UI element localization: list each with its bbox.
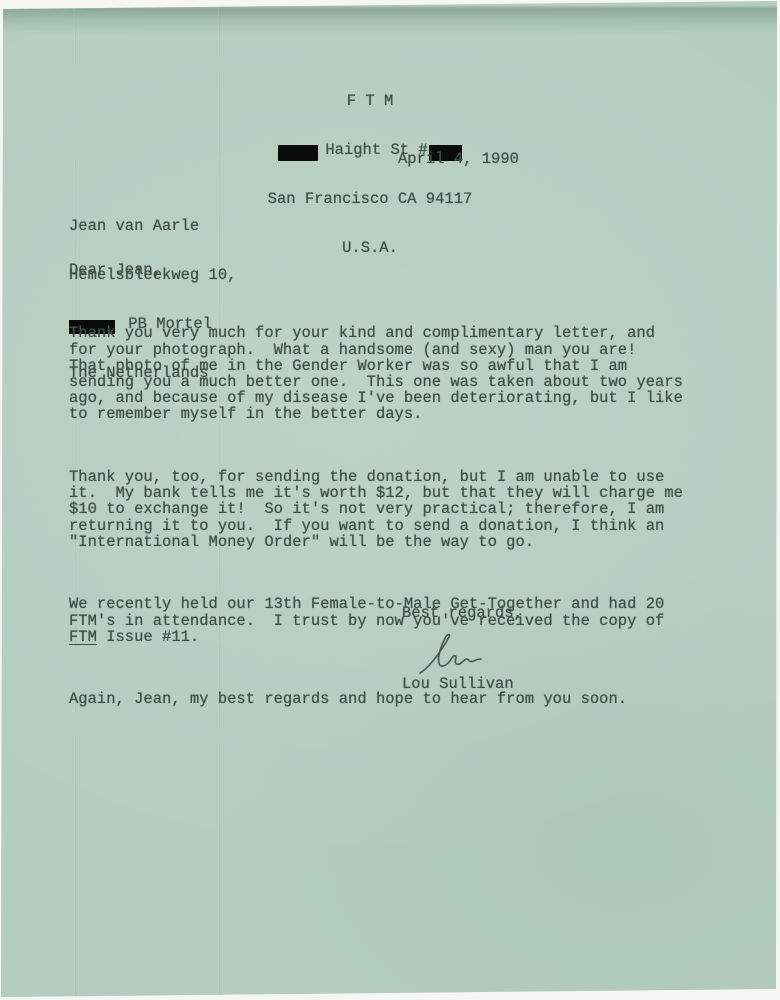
paragraph-1: Thank you very much for your kind and co… [69,325,709,422]
paragraph-3: We recently held our 13th Female-to-Male… [69,596,709,645]
scanned-letter-page: F T M Haight St # San Francisco CA 94117… [0,0,780,1000]
signature-typed-name: Lou Sullivan [402,676,514,692]
paper-top-shadow [0,7,780,33]
sender-country: U.S.A. [245,240,495,256]
sender-city-line: San Francisco CA 94117 [245,191,495,207]
letter-paper: F T M Haight St # San Francisco CA 94117… [0,0,780,1000]
paragraph-4: Again, Jean, my best regards and hope to… [69,691,709,707]
paragraph-3-rest: Issue #11. [97,628,199,646]
letter-date: April 4, 1990 [398,151,519,167]
closing-line: Best regards, [402,605,523,621]
handwritten-signature-lou [418,632,494,676]
paragraph-3-text: We recently held our 13th Female-to-Male… [69,595,664,629]
ftm-underlined-title: FTM [69,628,97,646]
org-name: F T M [245,93,495,109]
paragraph-2: Thank you, too, for sending the donation… [69,469,709,550]
sender-address-block: F T M Haight St # San Francisco CA 94117… [245,61,495,289]
letter-body: Thank you very much for your kind and co… [69,293,709,754]
salutation: Dear Jean, [69,262,162,278]
redaction-bar [278,145,318,161]
recipient-name: Jean van Aarle [69,218,236,234]
